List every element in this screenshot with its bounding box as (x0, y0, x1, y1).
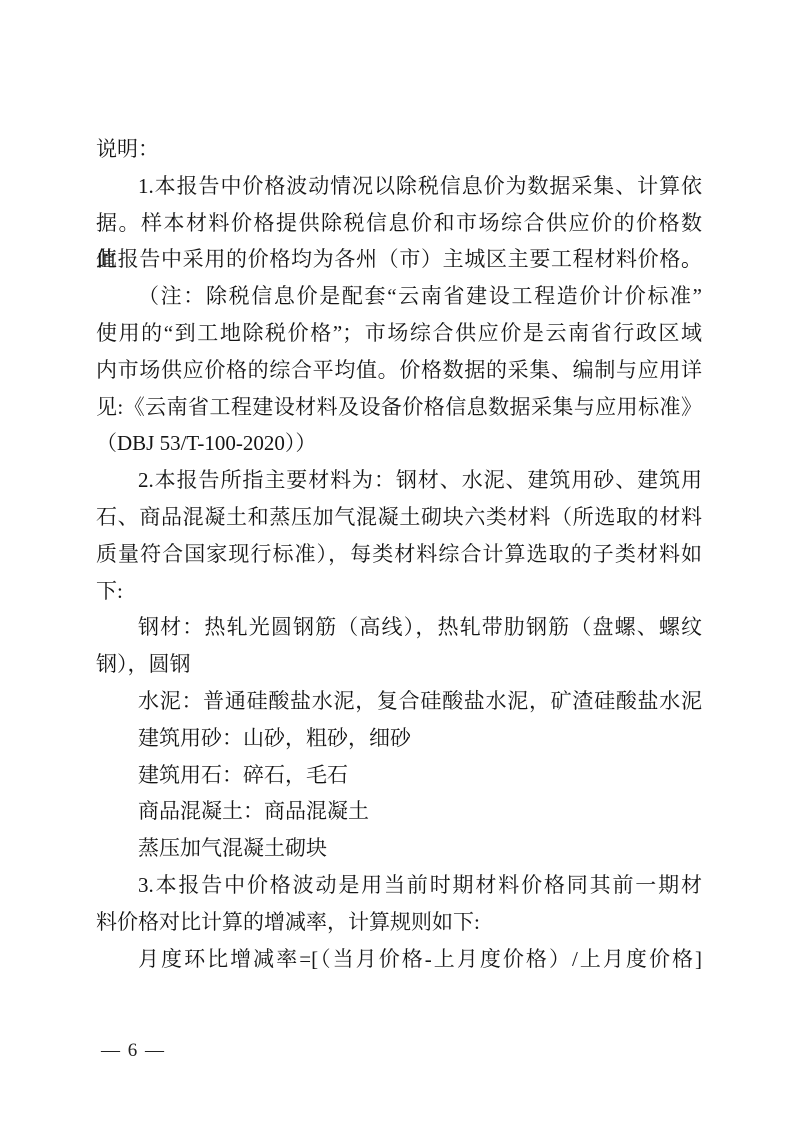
document-body: 说明：1.本报告中价格波动情况以除税信息价为数据采集、计算依据。样本材料价格提供… (96, 131, 702, 977)
text-line: 内市场供应价格的综合平均值。价格数据的采集、编制与应用详 (96, 352, 702, 389)
text-line: 料价格对比计算的增减率，计算规则如下: (96, 904, 702, 941)
text-line: 下: (96, 573, 702, 610)
text-line: 石、商品混凝土和蒸压加气混凝土砌块六类材料（所选取的材料 (96, 499, 702, 536)
text-line: 水泥：普通硅酸盐水泥，复合硅酸盐水泥，矿渣硅酸盐水泥 (96, 683, 702, 720)
text-line: 建筑用石：碎石，毛石 (96, 757, 702, 794)
text-line: 月度环比增减率=[（当月价格-上月度价格）/上月度价格] (96, 941, 702, 978)
text-line: 2.本报告所指主要材料为：钢材、水泥、建筑用砂、建筑用 (96, 462, 702, 499)
text-line: 3.本报告中价格波动是用当前时期材料价格同其前一期材 (96, 867, 702, 904)
text-line: 据。样本材料价格提供除税信息价和市场综合供应价的价格数值。 (96, 205, 702, 242)
page-number: — 6 — (101, 1040, 166, 1062)
text-line: 蒸压加气混凝土砌块 (96, 830, 702, 867)
notes-heading: 说明： (96, 131, 702, 168)
text-line: （注：除税信息价是配套“云南省建设工程造价计价标准” (96, 278, 702, 315)
document-page: 说明：1.本报告中价格波动情况以除税信息价为数据采集、计算依据。样本材料价格提供… (0, 0, 794, 1123)
text-line: 钢材：热轧光圆钢筋（高线），热轧带肋钢筋（盘螺、螺纹 (96, 609, 702, 646)
text-line: （DBJ 53/T-100-2020）） (96, 425, 702, 462)
text-line: 建筑用砂：山砂，粗砂，细砂 (96, 720, 702, 757)
text-line: 使用的“到工地除税价格”；市场综合供应价是云南省行政区域 (96, 315, 702, 352)
text-line: 见:《云南省工程建设材料及设备价格信息数据采集与应用标准》 (96, 389, 702, 426)
text-line: 此报告中采用的价格均为各州（市）主城区主要工程材料价格。 (96, 241, 702, 278)
text-line: 钢），圆钢 (96, 646, 702, 683)
text-line: 质量符合国家现行标准），每类材料综合计算选取的子类材料如 (96, 536, 702, 573)
text-line: 商品混凝土：商品混凝土 (96, 793, 702, 830)
text-line: 1.本报告中价格波动情况以除税信息价为数据采集、计算依 (96, 168, 702, 205)
